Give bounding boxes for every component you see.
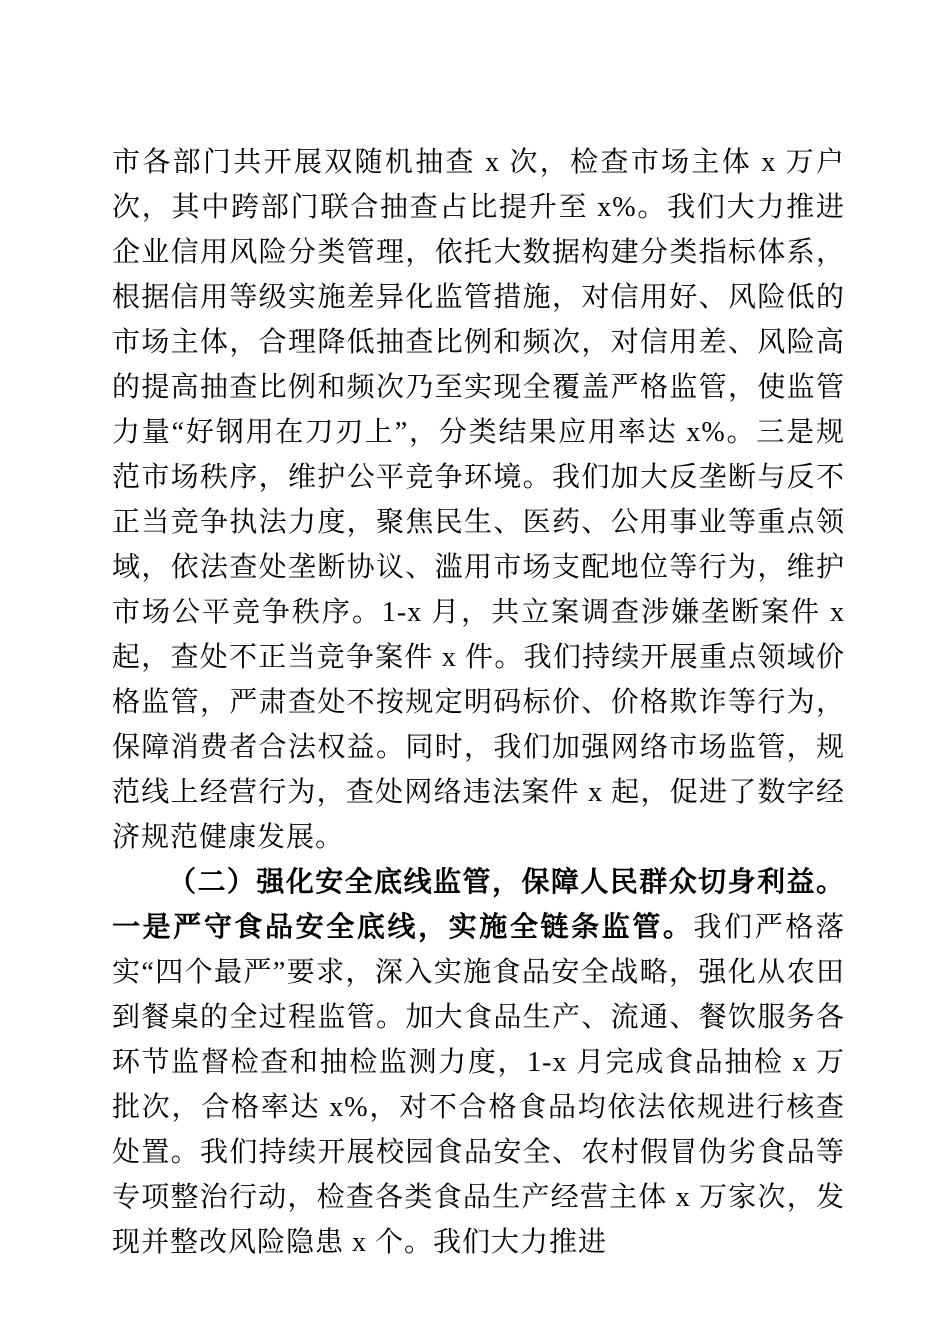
text-run: 我们严格落实“四个最严”要求，深入实施食品安全战略，强化从农田到餐桌的全过程监管…	[112, 912, 845, 1258]
emphasis-text-run: （二）强化安全底线监管，保障人民群众切身利益。	[168, 867, 845, 898]
emphasis-text-run: 一是严守食品安全底线，实施全链条监管。	[112, 912, 694, 943]
document-body: 市各部门共开展双随机抽查 x 次，检查市场主体 x 万户次，其中跨部门联合抽查占…	[112, 140, 845, 1265]
paragraph: 市各部门共开展双随机抽查 x 次，检查市场主体 x 万户次，其中跨部门联合抽查占…	[112, 140, 845, 860]
text-run: 市各部门共开展双随机抽查 x 次，检查市场主体 x 万户次，其中跨部门联合抽查占…	[112, 147, 845, 853]
document-page: 市各部门共开展双随机抽查 x 次，检查市场主体 x 万户次，其中跨部门联合抽查占…	[0, 0, 950, 1344]
paragraph: （二）强化安全底线监管，保障人民群众切身利益。一是严守食品安全底线，实施全链条监…	[112, 860, 845, 1265]
